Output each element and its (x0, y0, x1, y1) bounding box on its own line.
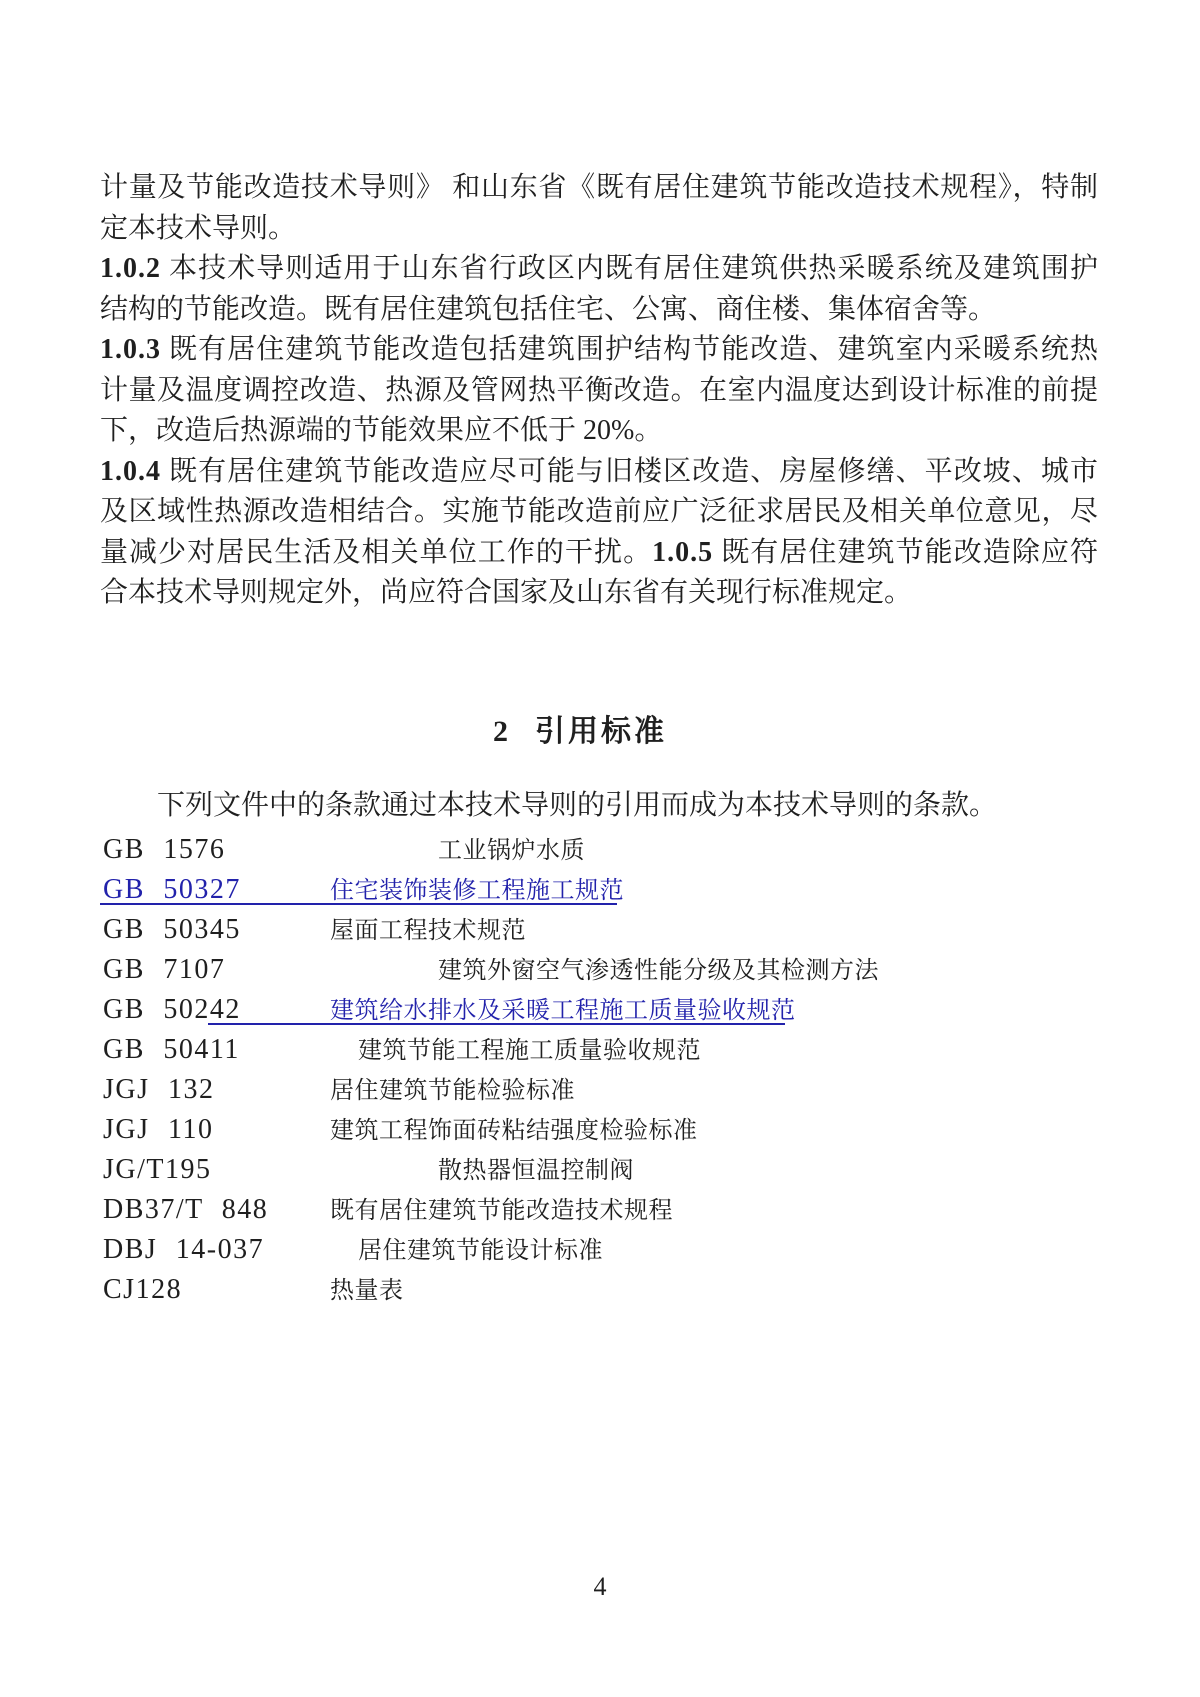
body-paragraph-line: 计量及温度调控改造、热源及管网热平衡改造。在室内温度达到设计标准的前提 (100, 371, 1098, 412)
standard-row: GB 50411 建筑节能工程施工质量验收规范 (100, 1030, 1120, 1070)
line-text: 结构的节能改造。既有居住建筑包括住宅、公寓、商住楼、集体宿舍等。 (100, 294, 996, 325)
standard-title: 工业锅炉水质 (438, 831, 585, 871)
line-text: 计量及温度调控改造、热源及管网热平衡改造。在室内温度达到设计标准的前提 (100, 375, 1098, 406)
standard-title: 既有居住建筑节能改造技术规程 (330, 1191, 673, 1231)
section-number: 2 (493, 715, 509, 748)
document-page: 计量及节能改造技术导则》 和山东省《既有居住建筑节能改造技术规程》，特制 定本技… (0, 0, 1200, 1697)
standard-row: DB37/T 848 既有居住建筑节能改造技术规程 (100, 1190, 1120, 1230)
line-text: 既有居住建筑节能改造应尽可能与旧楼区改造、房屋修缮、平改坡、城市 (161, 456, 1098, 487)
standard-code: GB 50345 (103, 910, 241, 950)
standard-code: GB 7107 (103, 950, 225, 990)
body-paragraph-line: 结构的节能改造。既有居住建筑包括住宅、公寓、商住楼、集体宿舍等。 (100, 290, 1098, 331)
standard-title[interactable]: 住宅装饰装修工程施工规范 (330, 871, 624, 911)
standard-row: GB 1576 工业锅炉水质 (100, 830, 1120, 870)
standards-list: GB 1576 工业锅炉水质 GB 50327 住宅装饰装修工程施工规范 GB … (100, 830, 1120, 1310)
body-paragraph-line: 下，改造后热源端的节能效果应不低于 20%。 (100, 411, 1098, 452)
clause-number: 1.0.3 (100, 334, 161, 365)
standard-row: JGJ 110 建筑工程饰面砖粘结强度检验标准 (100, 1110, 1120, 1150)
hyperlink-underline (208, 1023, 785, 1025)
standard-title: 屋面工程技术规范 (330, 911, 526, 951)
line-text: 定本技术导则。 (100, 213, 296, 244)
standard-title: 居住建筑节能检验标准 (330, 1071, 575, 1111)
line-text: 下，改造后热源端的节能效果应不低于 20%。 (100, 415, 662, 446)
standard-code: DB37/T 848 (103, 1190, 268, 1230)
body-text-block: 计量及节能改造技术导则》 和山东省《既有居住建筑节能改造技术规程》，特制 定本技… (100, 168, 1098, 614)
line-text: 既有居住建筑节能改造包括建筑围护结构节能改造、建筑室内采暖系统热 (161, 334, 1098, 365)
hyperlink-underline (100, 903, 617, 905)
body-paragraph-line: 1.0.4 既有居住建筑节能改造应尽可能与旧楼区改造、房屋修缮、平改坡、城市 (100, 452, 1098, 493)
references-intro: 下列文件中的条款通过本技术导则的引用而成为本技术导则的条款。 (100, 786, 1098, 826)
standard-row: GB 50345 屋面工程技术规范 (100, 910, 1120, 950)
standard-title: 建筑外窗空气渗透性能分级及其检测方法 (438, 951, 879, 991)
standard-row-link: GB 50242 建筑给水排水及采暖工程施工质量验收规范 (100, 990, 1120, 1030)
standard-code: DBJ 14-037 (103, 1230, 264, 1270)
body-paragraph-line: 及区域性热源改造相结合。实施节能改造前应广泛征求居民及相关单位意见，尽 (100, 492, 1098, 533)
standard-row: JG/T195 散热器恒温控制阀 (100, 1150, 1120, 1190)
body-paragraph-line: 计量及节能改造技术导则》 和山东省《既有居住建筑节能改造技术规程》，特制 (100, 168, 1098, 209)
clause-number: 1.0.4 (100, 456, 161, 487)
standard-row-link: GB 50327 住宅装饰装修工程施工规范 (100, 870, 1120, 910)
line-text: 合本技术导则规定外，尚应符合国家及山东省有关现行标准规定。 (100, 577, 912, 608)
standard-title: 建筑工程饰面砖粘结强度检验标准 (330, 1111, 698, 1151)
line-text: 量减少对居民生活及相关单位工作的干扰。 (100, 537, 652, 568)
standard-code: CJ128 (103, 1270, 182, 1310)
standard-code: GB 50411 (103, 1030, 240, 1070)
standard-row: CJ128 热量表 (100, 1270, 1120, 1310)
line-text: 既有居住建筑节能改造除应符 (713, 537, 1098, 568)
standard-code: JGJ 110 (103, 1110, 213, 1150)
standard-title[interactable]: 建筑给水排水及采暖工程施工质量验收规范 (330, 991, 796, 1031)
standard-code: GB 1576 (103, 830, 225, 870)
clause-number: 1.0.2 (100, 253, 161, 284)
section-heading: 2引用标准 (0, 710, 1160, 754)
line-text: 及区域性热源改造相结合。实施节能改造前应广泛征求居民及相关单位意见，尽 (100, 496, 1098, 527)
body-paragraph-line: 1.0.3 既有居住建筑节能改造包括建筑围护结构节能改造、建筑室内采暖系统热 (100, 330, 1098, 371)
standard-row: GB 7107 建筑外窗空气渗透性能分级及其检测方法 (100, 950, 1120, 990)
line-text: 本技术导则适用于山东省行政区内既有居住建筑供热采暖系统及建筑围护 (161, 253, 1098, 284)
body-paragraph-line: 定本技术导则。 (100, 209, 1098, 250)
standard-title: 散热器恒温控制阀 (438, 1151, 634, 1191)
standard-row: DBJ 14-037 居住建筑节能设计标准 (100, 1230, 1120, 1270)
references-intro-text: 下列文件中的条款通过本技术导则的引用而成为本技术导则的条款。 (157, 790, 997, 821)
standard-row: JGJ 132 居住建筑节能检验标准 (100, 1070, 1120, 1110)
body-paragraph-line: 合本技术导则规定外，尚应符合国家及山东省有关现行标准规定。 (100, 573, 1098, 614)
page-number: 4 (0, 1572, 1200, 1602)
standard-title: 建筑节能工程施工质量验收规范 (358, 1031, 701, 1071)
standard-code: JG/T195 (103, 1150, 212, 1190)
standard-code: JGJ 132 (103, 1070, 215, 1110)
body-paragraph-line: 量减少对居民生活及相关单位工作的干扰。1.0.5 既有居住建筑节能改造除应符 (100, 533, 1098, 574)
section-title: 引用标准 (535, 715, 667, 748)
standard-title: 热量表 (330, 1271, 404, 1311)
clause-number: 1.0.5 (652, 537, 713, 568)
body-paragraph-line: 1.0.2 本技术导则适用于山东省行政区内既有居住建筑供热采暖系统及建筑围护 (100, 249, 1098, 290)
standard-title: 居住建筑节能设计标准 (358, 1231, 603, 1271)
line-text: 计量及节能改造技术导则》 和山东省《既有居住建筑节能改造技术规程》，特制 (100, 172, 1098, 203)
